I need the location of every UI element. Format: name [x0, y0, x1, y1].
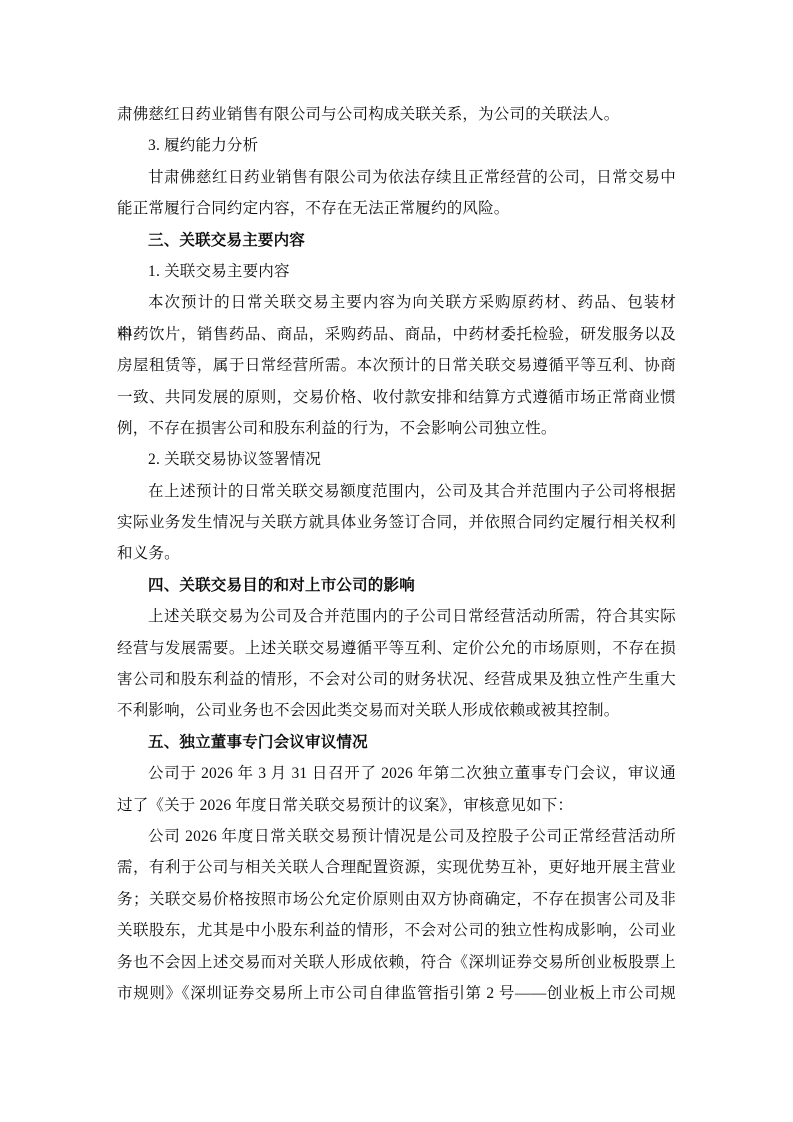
section-heading-5: 五、独立董事专门会议审议情况	[117, 727, 676, 758]
paragraph-line: 需，有利于公司与相关关联人合理配置资源，实现优势互补，更好地开展主营业	[117, 852, 676, 883]
paragraph-line: 市规则》《深圳证券交易所上市公司自律监管指引第 2 号——创业板上市公司规	[117, 978, 676, 1009]
paragraph-line: 和义务。	[117, 538, 676, 569]
numbered-item-1: 1. 关联交易主要内容	[117, 256, 676, 287]
paragraph-line: 公司 2026 年度日常关联交易预计情况是公司及控股子公司正常经营活动所	[117, 821, 676, 852]
paragraph-line: 关联股东，尤其是中小股东利益的情形，不会对公司的独立性构成影响，公司业	[117, 915, 676, 946]
paragraph-line: 公司于 2026 年 3 月 31 日召开了 2026 年第二次独立董事专门会议…	[117, 758, 676, 789]
paragraph-line: 房屋租赁等，属于日常经营所需。本次预计的日常关联交易遵循平等互利、协商	[117, 350, 676, 381]
paragraph-line: 实际业务发生情况与关联方就具体业务签订合同，并依照合同约定履行相关权利	[117, 507, 676, 538]
paragraph-line: 不利影响，公司业务也不会因此类交易而对关联人形成依赖或被其控制。	[117, 695, 676, 726]
paragraph-line: 过了《关于 2026 年度日常关联交易预计的议案》，审核意见如下：	[117, 790, 676, 821]
document-content: 肃佛慈红日药业销售有限公司与公司构成关联关系，为公司的关联法人。 3. 履约能力…	[117, 99, 676, 1009]
paragraph-line: 害公司和股东利益的情形，不会对公司的财务状况、经营成果及独立性产生重大	[117, 664, 676, 695]
paragraph-line: 例，不存在损害公司和股东利益的行为，不会影响公司独立性。	[117, 413, 676, 444]
document-page: 肃佛慈红日药业销售有限公司与公司构成关联关系，为公司的关联法人。 3. 履约能力…	[0, 0, 793, 1122]
paragraph-line: 上述关联交易为公司及合并范围内的子公司日常经营活动所需，符合其实际	[117, 601, 676, 632]
paragraph-line: 务也不会因上述交易而对关联人形成依赖，符合《深圳证券交易所创业板股票上	[117, 947, 676, 978]
section-heading-4: 四、关联交易目的和对上市公司的影响	[117, 570, 676, 601]
paragraph-line: 本次预计的日常关联交易主要内容为向关联方采购原药材、药品、包装材料、	[117, 287, 676, 318]
paragraph-line: 甘肃佛慈红日药业销售有限公司为依法存续且正常经营的公司，日常交易中	[117, 162, 676, 193]
section-heading-3: 三、关联交易主要内容	[117, 225, 676, 256]
numbered-item-3: 3. 履约能力分析	[117, 130, 676, 161]
paragraph-line: 在上述预计的日常关联交易额度范围内，公司及其合并范围内子公司将根据	[117, 476, 676, 507]
paragraph-line: 能正常履行合同约定内容，不存在无法正常履约的风险。	[117, 193, 676, 224]
numbered-item-2: 2. 关联交易协议签署情况	[117, 444, 676, 475]
paragraph-line: 经营与发展需要。上述关联交易遵循平等互利、定价公允的市场原则，不存在损	[117, 633, 676, 664]
paragraph-line: 务；关联交易价格按照市场公允定价原则由双方协商确定，不存在损害公司及非	[117, 884, 676, 915]
paragraph-line: 一致、共同发展的原则，交易价格、收付款安排和结算方式遵循市场正常商业惯	[117, 382, 676, 413]
paragraph-line: 肃佛慈红日药业销售有限公司与公司构成关联关系，为公司的关联法人。	[117, 99, 676, 130]
paragraph-line: 中药饮片，销售药品、商品，采购药品、商品，中药材委托检验，研发服务以及	[117, 319, 676, 350]
